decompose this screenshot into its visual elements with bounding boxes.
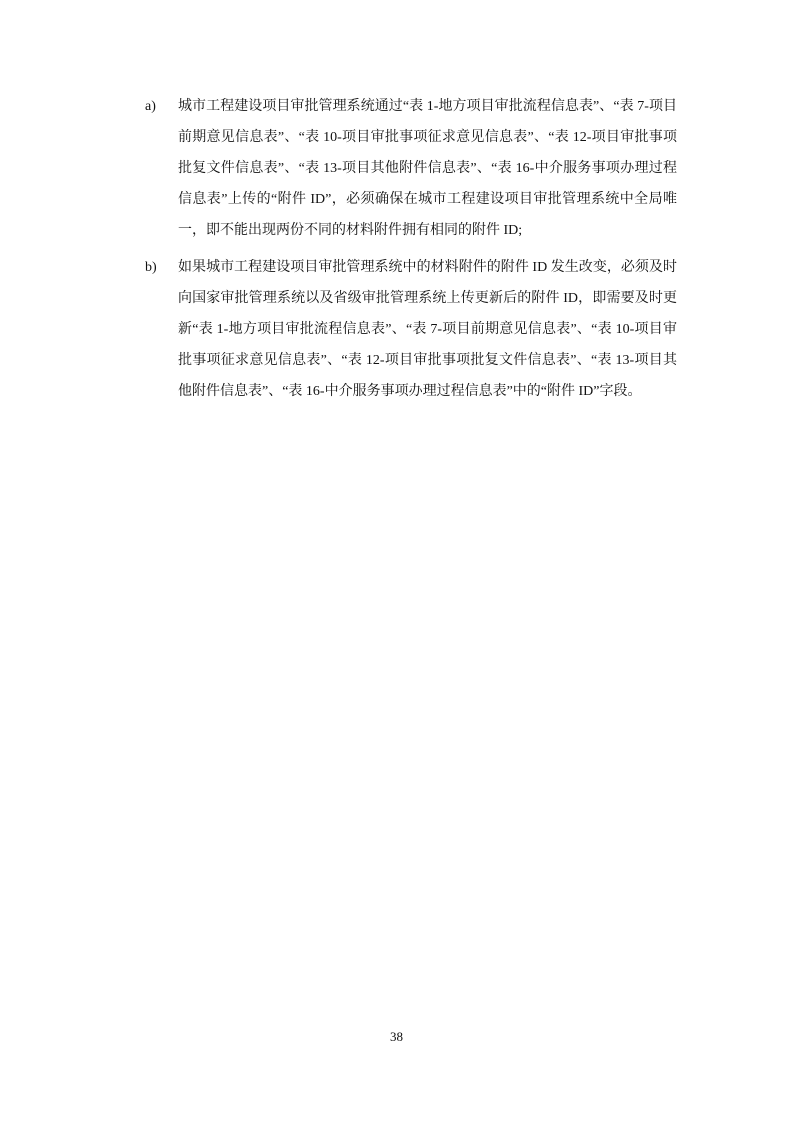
- list-marker-a: a): [145, 91, 178, 246]
- list-marker-b: b): [145, 252, 178, 407]
- lettered-list: a) 城市工程建设项目审批管理系统通过“表 1-地方项目审批流程信息表”、“表 …: [145, 91, 677, 407]
- list-item-a: a) 城市工程建设项目审批管理系统通过“表 1-地方项目审批流程信息表”、“表 …: [145, 91, 677, 246]
- list-item-b-text: 如果城市工程建设项目审批管理系统中的材料附件的附件 ID 发生改变，必须及时向国…: [178, 252, 677, 407]
- list-item-b: b) 如果城市工程建设项目审批管理系统中的材料附件的附件 ID 发生改变，必须及…: [145, 252, 677, 407]
- document-page: a) 城市工程建设项目审批管理系统通过“表 1-地方项目审批流程信息表”、“表 …: [0, 0, 793, 1122]
- page-number: 38: [0, 1028, 793, 1046]
- list-item-a-text: 城市工程建设项目审批管理系统通过“表 1-地方项目审批流程信息表”、“表 7-项…: [178, 91, 677, 246]
